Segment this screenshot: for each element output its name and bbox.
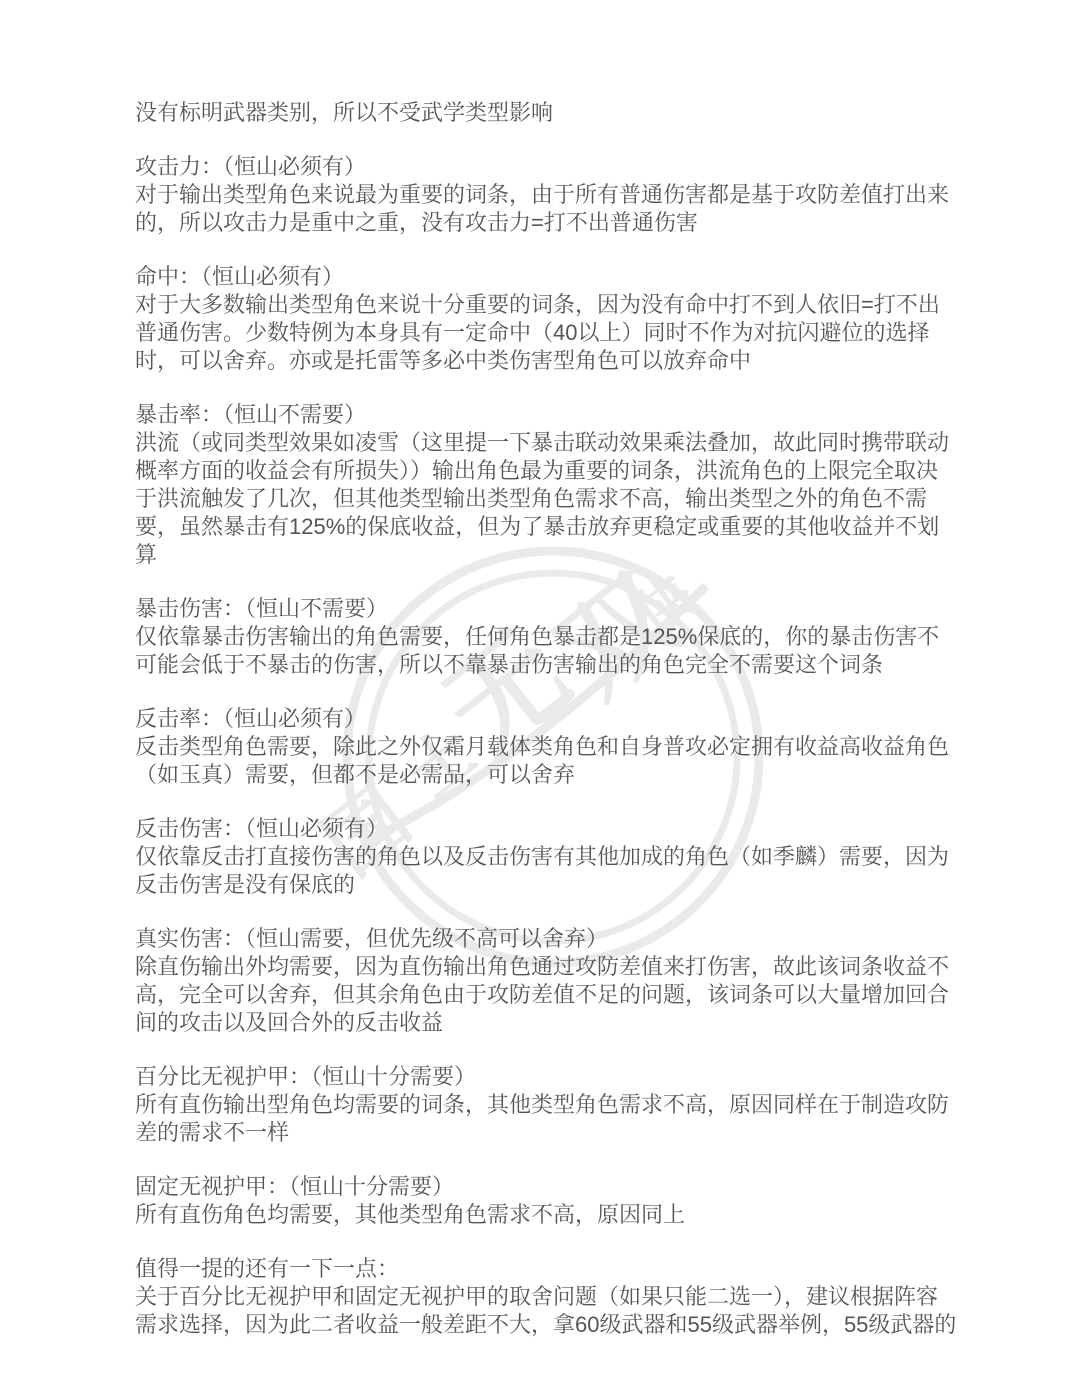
section-crit-damage: 暴击伤害：（恒山不需要） 仅依靠暴击伤害输出的角色需要，任何角色暴击都是125%… (135, 595, 957, 679)
section-title: 真实伤害：（恒山需要，但优先级不高可以舍弃） (135, 925, 957, 953)
section-title: 攻击力：（恒山必须有） (135, 153, 957, 181)
section-crit-rate: 暴击率：（恒山不需要） 洪流（或同类型效果如凌雪（这里提一下暴击联动效果乘法叠加… (135, 401, 957, 569)
section-body: 洪流（或同类型效果如凌雪（这里提一下暴击联动效果乘法叠加，故此同时携带联动概率方… (135, 429, 957, 569)
section-title: 反击伤害：（恒山必须有） (135, 815, 957, 843)
section-body: 关于百分比无视护甲和固定无视护甲的取舍问题（如果只能二选一），建议根据阵容需求选… (135, 1283, 957, 1339)
section-hit: 命中：（恒山必须有） 对于大多数输出类型角色来说十分重要的词条，因为没有命中打不… (135, 263, 957, 375)
section-body: 对于大多数输出类型角色来说十分重要的词条，因为没有命中打不到人依旧=打不出普通伤… (135, 291, 957, 375)
section-title: 百分比无视护甲：（恒山十分需要） (135, 1063, 957, 1091)
section-title: 固定无视护甲：（恒山十分需要） (135, 1173, 957, 1201)
section-true-damage: 真实伤害：（恒山需要，但优先级不高可以舍弃） 除直伤输出外均需要，因为直伤输出角… (135, 925, 957, 1037)
section-body: 所有直伤角色均需要，其他类型角色需求不高，原因同上 (135, 1201, 957, 1229)
section-title: 命中：（恒山必须有） (135, 263, 957, 291)
section-title: 暴击伤害：（恒山不需要） (135, 595, 957, 623)
section-body: 所有直伤输出型角色均需要的词条，其他类型角色需求不高，原因同样在于制造攻防差的需… (135, 1091, 957, 1147)
section-title: 反击率：（恒山必须有） (135, 705, 957, 733)
section-body: 仅依靠反击打直接伤害的角色以及反击伤害有其他加成的角色（如季麟）需要，因为反击伤… (135, 843, 957, 899)
section-percent-armor-ignore: 百分比无视护甲：（恒山十分需要） 所有直伤输出型角色均需要的词条，其他类型角色需… (135, 1063, 957, 1147)
section-fixed-armor-ignore: 固定无视护甲：（恒山十分需要） 所有直伤角色均需要，其他类型角色需求不高，原因同… (135, 1173, 957, 1229)
section-final-note: 值得一提的还有一下一点： 关于百分比无视护甲和固定无视护甲的取舍问题（如果只能二… (135, 1255, 957, 1339)
section-body: 对于输出类型角色来说最为重要的词条，由于所有普通伤害都是基于攻防差值打出来的，所… (135, 181, 957, 237)
section-body: 仅依靠暴击伤害输出的角色需要，任何角色暴击都是125%保底的，你的暴击伤害不可能… (135, 623, 957, 679)
section-counter-damage: 反击伤害：（恒山必须有） 仅依靠反击打直接伤害的角色以及反击伤害有其他加成的角色… (135, 815, 957, 899)
section-body: 反击类型角色需要，除此之外仅霜月载体类角色和自身普攻必定拥有收益高收益角色（如玉… (135, 733, 957, 789)
section-counter-rate: 反击率：（恒山必须有） 反击类型角色需要，除此之外仅霜月载体类角色和自身普攻必定… (135, 705, 957, 789)
section-title: 暴击率：（恒山不需要） (135, 401, 957, 429)
document-content: 没有标明武器类别，所以不受武学类型影响 攻击力：（恒山必须有） 对于输出类型角色… (135, 99, 957, 1365)
section-body: 除直伤输出外均需要，因为直伤输出角色通过攻防差值来打伤害，故此该词条收益不高，完… (135, 953, 957, 1037)
intro-line: 没有标明武器类别，所以不受武学类型影响 (135, 99, 957, 127)
section-title: 值得一提的还有一下一点： (135, 1255, 957, 1283)
section-attack-power: 攻击力：（恒山必须有） 对于输出类型角色来说最为重要的词条，由于所有普通伤害都是… (135, 153, 957, 237)
